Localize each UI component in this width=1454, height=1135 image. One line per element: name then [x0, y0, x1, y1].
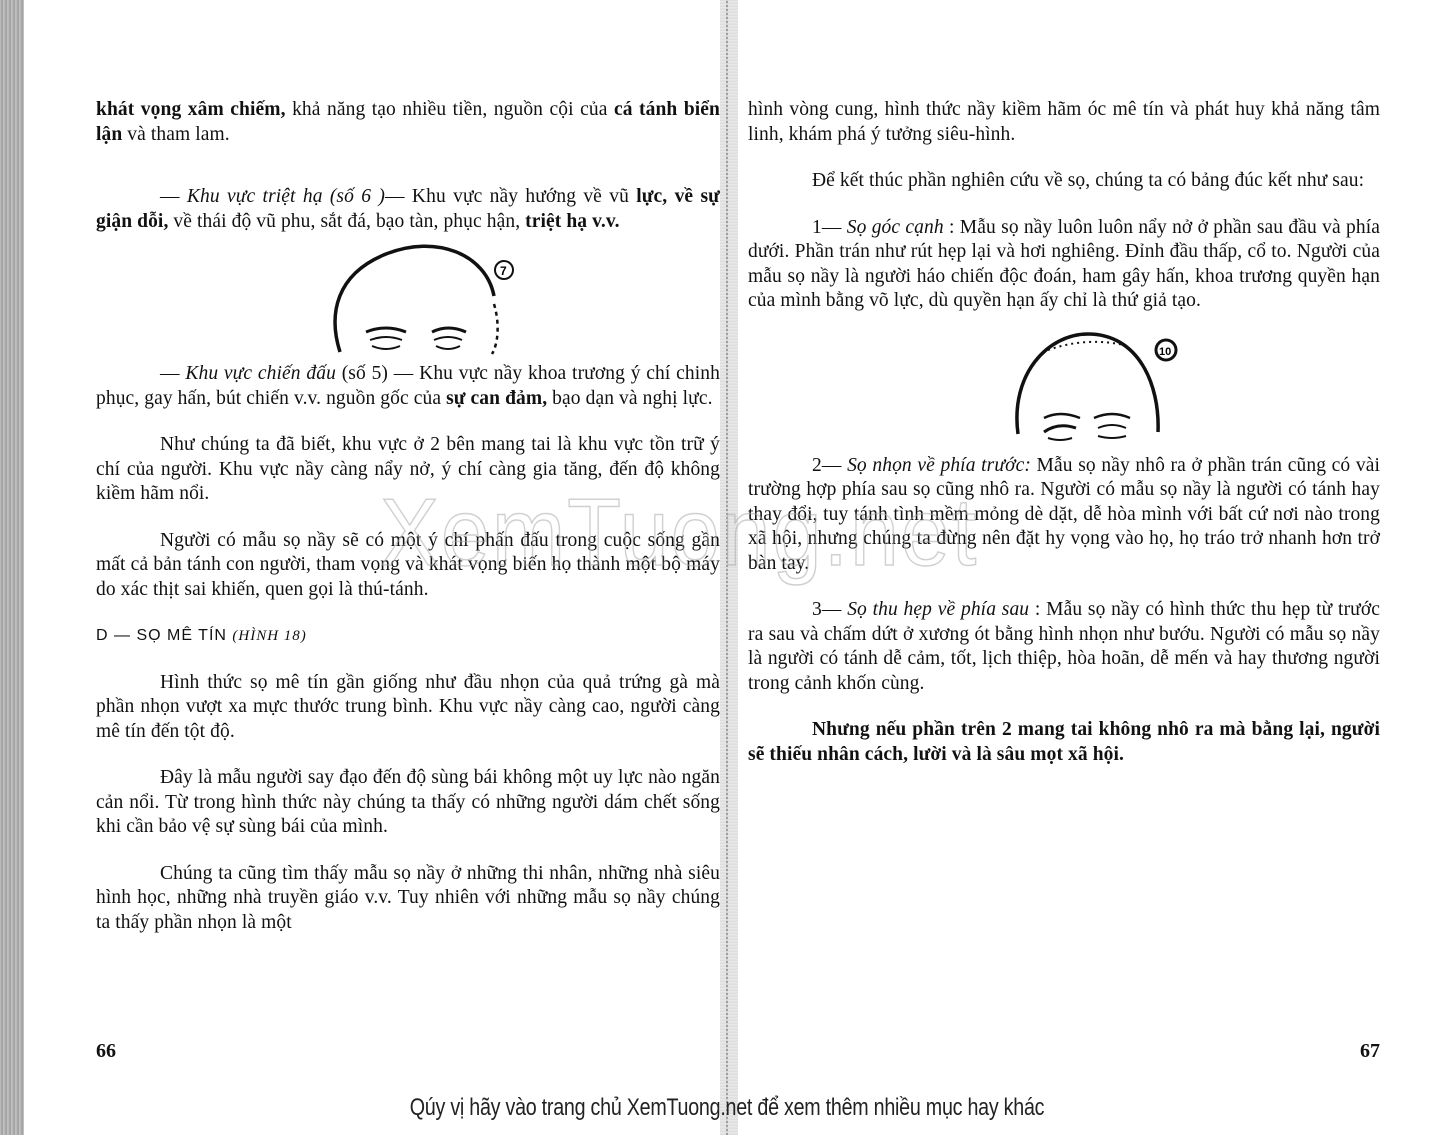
right-para-final: Nhưng nếu phần trên 2 mang tai không nhô… [748, 718, 1380, 767]
figure-skull-10: 10 [748, 314, 1380, 454]
left-para-khu-vuc-triet-ha: — Khu vực triệt hạ (số 6 )— Khu vực nầy … [96, 185, 720, 234]
skull-illustration-icon: 7 [96, 234, 720, 362]
page-number-left: 66 [96, 1040, 116, 1063]
right-page: hình vòng cung, hình thức nầy kiềm hãm ó… [748, 98, 1380, 767]
left-para-khu-vuc-chien-dau: — Khu vực chiến đấu (số 5) — Khu vực nầy… [96, 362, 720, 411]
left-page: khát vọng xâm chiếm, khả năng tạo nhiều … [96, 98, 720, 935]
left-para-4: Như chúng ta đã biết, khu vực ở 2 bên ma… [96, 433, 720, 507]
right-para-2: Để kết thúc phần nghiên cứu về sọ, chúng… [748, 169, 1380, 194]
svg-text:7: 7 [500, 264, 507, 278]
left-para-5: Người có mẫu sọ nầy sẽ có một ý chí phấn… [96, 529, 720, 603]
left-para-6: Hình thức sọ mê tín gần giống như đầu nh… [96, 671, 720, 745]
left-para-7: Đây là mẫu người say đạo đến độ sùng bái… [96, 766, 720, 840]
left-para-1: khát vọng xâm chiếm, khả năng tạo nhiều … [96, 98, 720, 147]
item-so-thu-hep-ve-phia-sau: 3— Sọ thu hẹp về phía sau : Mẫu sọ nầy c… [748, 598, 1380, 696]
item-so-goc-canh: 1— Sọ góc cạnh : Mẫu sọ nầy luôn luôn nẩ… [748, 216, 1380, 314]
footer-site-link-note[interactable]: Qúy vị hãy vào trang chủ XemTuong.net để… [131, 1094, 1323, 1122]
right-para-1: hình vòng cung, hình thức nầy kiềm hãm ó… [748, 98, 1380, 147]
item-so-nhon-ve-phia-truoc: 2— Sọ nhọn về phía trước: Mẫu sọ nầy nhô… [748, 454, 1380, 577]
left-para-8: Chúng ta cũng tìm thấy mẫu sọ nầy ở nhữn… [96, 862, 720, 936]
section-heading-so-me-tin: D — SỌ MÊ TÍN (HÌNH 18) [96, 624, 720, 649]
book-gutter [720, 0, 738, 1135]
skull-illustration-icon: 10 [748, 314, 1380, 454]
scan-left-edge [0, 0, 24, 1135]
svg-text:10: 10 [1159, 346, 1171, 358]
page-number-right: 67 [1360, 1040, 1380, 1063]
figure-skull-6: 7 [96, 234, 720, 362]
